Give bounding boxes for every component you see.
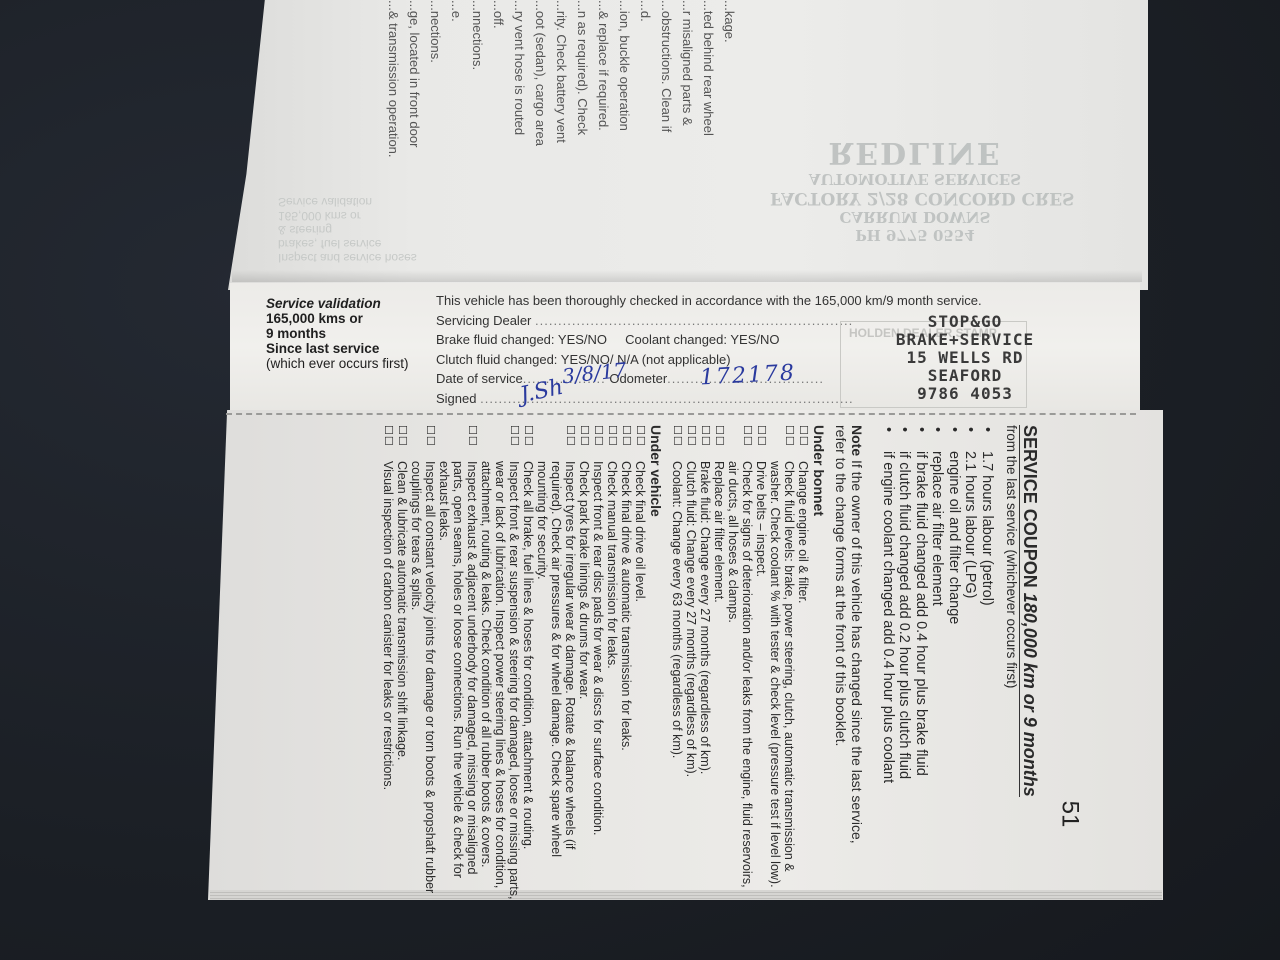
checklist-text: Brake fluid: Change every 27 months (reg…	[699, 461, 713, 774]
checklist-text: Check manual transmission for leaks.	[606, 461, 620, 669]
checklist-item: ☐☐Replace air filter element.	[713, 425, 727, 901]
labour-item: if brake fluid changed add 0.4 hour plus…	[913, 425, 930, 855]
checklist-item: ☐☐Inspect all constant velocity joints f…	[410, 425, 438, 901]
ghost-through-text: Inspect and service hoses brakes, fuel s…	[278, 195, 438, 265]
checklist-item: ☐☐Check final drive & automatic transmis…	[620, 425, 634, 901]
labour-item: 2.1 hours labour (LPG)	[962, 425, 979, 855]
labour-item: 1.7 hours labour (petrol)	[979, 425, 996, 855]
faded-line: ...rity. Check battery vent	[551, 0, 572, 300]
faded-line: ...oot (sedan), cargo area	[530, 0, 551, 300]
checkbox-pair[interactable]: ☐☐	[713, 425, 727, 447]
checklist-item: ☐☐Inspect tyres for irregular wear & dam…	[536, 425, 578, 901]
checkbox-pair[interactable]: ☐☐	[382, 425, 396, 447]
faded-line: ...r misaligned parts &	[677, 0, 698, 300]
dealer-stamp-line: SEAFORD	[870, 367, 1060, 385]
checkbox-pair[interactable]: ☐☐	[606, 425, 620, 447]
service-coupon: SERVICE COUPON 180,000 km or 9 months fr…	[210, 425, 1040, 855]
faded-line: ...off.	[488, 0, 509, 300]
checklist-text: Drive belts – inspect.	[755, 461, 769, 577]
checklist-item: ☐☐Brake fluid: Change every 27 months (r…	[699, 425, 713, 901]
checkbox-pair[interactable]: ☐☐	[634, 425, 648, 447]
checklist-text: Check final drive & automatic transmissi…	[620, 461, 634, 751]
checkbox-pair[interactable]: ☐☐	[699, 425, 713, 447]
checklist-text: Inspect exhaust & adjacent underbody for…	[438, 461, 480, 878]
dealer-stamp-line: 15 WELLS RD	[870, 349, 1060, 367]
checklist-item: ☐☐Drive belts – inspect.	[755, 425, 769, 901]
checkbox-pair[interactable]: ☐☐	[424, 425, 438, 447]
checkbox-pair[interactable]: ☐☐	[564, 425, 578, 447]
checklist-item: ☐☐Clutch fluid: Change every 27 months (…	[685, 425, 699, 901]
checkbox-pair[interactable]: ☐☐	[466, 425, 480, 447]
checklist-text: Replace air filter element.	[713, 461, 727, 603]
checklist-text: Change engine oil & filter.	[797, 461, 811, 603]
dealer-stamp-line: BRAKE+SERVICE	[870, 331, 1060, 349]
ghost-stamp-line: CARRUM DOWNS	[770, 208, 1060, 226]
checklist-text: Check for signs of deterioration and/or …	[727, 461, 755, 888]
checklist-text: Visual inspection of carbon canister for…	[382, 461, 396, 790]
under-bonnet-checklist: ☐☐Change engine oil & filter.☐☐Check flu…	[671, 425, 811, 855]
checklist-item: ☐☐Inspect exhaust & adjacent underbody f…	[438, 425, 480, 901]
validation-statement: This vehicle has been thoroughly checked…	[436, 291, 1036, 311]
checklist-item: ☐☐Clean & lubricate automatic transmissi…	[396, 425, 410, 901]
dealer-stamp-line: 9786 4053	[870, 385, 1060, 403]
checklist-item: ☐☐Inspect front & rear disc pads for wea…	[592, 425, 606, 901]
checkbox-pair[interactable]: ☐☐	[508, 425, 522, 447]
validation-heading: Service validation 165,000 kms or 9 mont…	[266, 296, 436, 371]
dealer-stamp: STOP&GO BRAKE+SERVICE 15 WELLS RD SEAFOR…	[870, 313, 1060, 403]
page-fold-shadow	[232, 270, 1142, 282]
labour-item: engine oil and filter change	[946, 425, 963, 855]
note-label: Note	[850, 425, 866, 456]
faded-line: ...nnections.	[467, 0, 488, 300]
checkbox-pair[interactable]: ☐☐	[396, 425, 410, 447]
checkbox-pair[interactable]: ☐☐	[783, 425, 797, 447]
faded-line: ...e.	[446, 0, 467, 300]
checkbox-pair[interactable]: ☐☐	[741, 425, 755, 447]
checklist-text: Check final drive oil level.	[634, 461, 648, 602]
checkbox-pair[interactable]: ☐☐	[522, 425, 536, 447]
checkbox-pair[interactable]: ☐☐	[671, 425, 685, 447]
checklist-item: ☐☐Visual inspection of carbon canister f…	[382, 425, 396, 901]
owner-change-note: Note If the owner of this vehicle has ch…	[834, 425, 866, 865]
signed-label: Signed	[436, 391, 476, 406]
checklist-item: ☐☐Check for signs of deterioration and/o…	[727, 425, 755, 901]
ghost-stamp-line: AUTOMOTIVE SERVICES	[770, 170, 1060, 188]
validation-title: Service validation	[266, 296, 436, 311]
coupon-subtitle: from the last service (whichever occurs …	[1003, 425, 1019, 855]
faded-line: ...d.	[635, 0, 656, 300]
ghost-stamp-line: FACTORY 2/28 CONCORD CRES	[770, 188, 1060, 208]
ghost-stamp-line: REDLINE	[770, 135, 1060, 170]
checklist-text: Inspect tyres for irregular wear & damag…	[536, 461, 578, 857]
checklist-text: Check all brake, fuel lines & hoses for …	[522, 461, 536, 849]
checkbox-pair[interactable]: ☐☐	[592, 425, 606, 447]
checklist-item: ☐☐Inspect front & rear suspension & stee…	[480, 425, 522, 901]
validation-since: Since last service	[266, 341, 436, 356]
validation-whichever: (which ever occurs first)	[266, 356, 436, 371]
coolant-label: Coolant changed: YES/NO	[625, 332, 779, 347]
ghost-stamp-redline: PH 9775 0554 CARRUM DOWNS FACTORY 2/28 C…	[770, 135, 1060, 244]
faded-line: ...& replace if required.	[593, 0, 614, 300]
checkbox-pair[interactable]: ☐☐	[620, 425, 634, 447]
checklist-text: Inspect front & rear suspension & steeri…	[480, 461, 522, 899]
labour-list: 1.7 hours labour (petrol)2.1 hours labou…	[880, 425, 996, 855]
checklist-text: Inspect front & rear disc pads for wear …	[592, 461, 606, 835]
perforation-line	[226, 413, 1136, 415]
under-vehicle-checklist: ☐☐Check final drive oil level.☐☐Check fi…	[382, 425, 648, 855]
checklist-item: ☐☐Change engine oil & filter.	[797, 425, 811, 901]
faded-line: ...ry vent hose is routed	[509, 0, 530, 300]
coupon-title-main: SERVICE COUPON	[1020, 425, 1040, 588]
checklist-item: ☐☐Check final drive oil level.	[634, 425, 648, 901]
checklist-item: ☐☐Check all brake, fuel lines & hoses fo…	[522, 425, 536, 901]
under-vehicle-title: Under vehicle	[648, 425, 665, 855]
date-of-service-label: Date of service	[436, 371, 523, 386]
checklist-item: ☐☐Check fluid levels: brake, power steer…	[769, 425, 797, 901]
servicing-dealer-label: Servicing Dealer	[436, 313, 531, 328]
dotted-line: ........................................…	[535, 313, 853, 328]
validation-km: 165,000 kms or	[266, 311, 436, 326]
checkbox-pair[interactable]: ☐☐	[685, 425, 699, 447]
faded-line: ...n as required). Check	[572, 0, 593, 300]
checkbox-pair[interactable]: ☐☐	[797, 425, 811, 447]
note-text: If the owner of this vehicle has changed…	[834, 425, 866, 844]
labour-item: if clutch fluid changed add 0.2 hour plu…	[896, 425, 913, 855]
checklist-text: Inspect all constant velocity joints for…	[410, 461, 438, 893]
ghost-stamp-line: PH 9775 0554	[770, 226, 1060, 244]
checklist-text: Coolant: Change every 63 months (regardl…	[671, 461, 685, 758]
brake-fluid-label: Brake fluid changed: YES/NO	[436, 332, 607, 347]
faded-line: ...obstructions. Clean if	[656, 0, 677, 300]
coupon-title: SERVICE COUPON 180,000 km or 9 months	[1019, 425, 1040, 797]
checklist-text: Clean & lubricate automatic transmission…	[396, 461, 410, 760]
service-validation-strip: Service validation 165,000 kms or 9 mont…	[230, 283, 1140, 413]
labour-item: replace air filter element	[929, 425, 946, 855]
checklist-item: ☐☐Check manual transmission for leaks.	[606, 425, 620, 901]
faded-line: ...kage.	[719, 0, 740, 300]
coupon-title-interval: 180,000 km or 9 months	[1020, 588, 1040, 797]
handwritten-odometer: 172178	[699, 361, 796, 391]
upper-page-faded-text: ...kage....ted behind rear wheel...r mis…	[160, 0, 740, 300]
page-number: 51	[1055, 801, 1083, 828]
checklist-item: ☐☐Check park brake linings & drums for w…	[578, 425, 592, 901]
checkbox-pair[interactable]: ☐☐	[578, 425, 592, 447]
checkbox-pair[interactable]: ☐☐	[755, 425, 769, 447]
dealer-stamp-line: STOP&GO	[870, 313, 1060, 331]
checklist-text: Clutch fluid: Change every 27 months (re…	[685, 461, 699, 777]
under-bonnet-title: Under bonnet	[811, 425, 828, 855]
validation-months: 9 months	[266, 326, 436, 341]
labour-item: if engine coolant changed add 0.4 hour p…	[880, 425, 897, 855]
faded-line: ...ted behind rear wheel	[698, 0, 719, 300]
checklist-text: Check fluid levels: brake, power steerin…	[769, 461, 797, 888]
checklist-text: Check park brake linings & drums for wea…	[578, 461, 592, 699]
faded-line: ...ion, buckle operation	[614, 0, 635, 300]
checklist-item: ☐☐Coolant: Change every 63 months (regar…	[671, 425, 685, 901]
